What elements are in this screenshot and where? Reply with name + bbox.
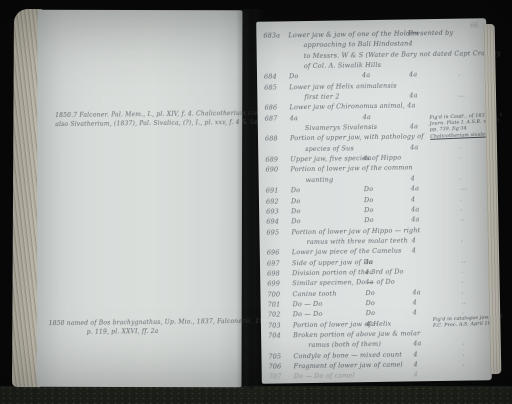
- entry-number: 687: [265, 113, 287, 124]
- entry-value-column: 4: [413, 359, 417, 369]
- left-page: 1850.7 Falconer. Pal. Mem., I., pl. XIV,…: [37, 10, 243, 388]
- entry-number: 695: [266, 227, 288, 238]
- entry-description: Canine tooth: [292, 288, 336, 299]
- entry-value-column: 4: [413, 308, 417, 318]
- entry-number: 696: [267, 248, 289, 259]
- entry-mid-column: 4a: [363, 153, 371, 163]
- entry-mid-column: Do: [366, 298, 376, 308]
- entry-value-column: 4a: [413, 339, 421, 349]
- entry-number: 699: [267, 279, 289, 290]
- entry-value-column: 4: [412, 235, 416, 245]
- entry-number: 691: [266, 186, 288, 197]
- entry-tick-column: .: [458, 69, 460, 79]
- ledger-row: 707 Do — Do of camel 4: [267, 369, 489, 383]
- entry-mid-column: Do: [364, 205, 374, 215]
- right-page: 66 683a Lower jaw & jaw of one of the Ho…: [256, 18, 492, 384]
- entry-description: Do: [291, 206, 301, 216]
- entry-number: 698: [267, 268, 289, 279]
- entry-tick-column: .: [461, 276, 463, 286]
- entry-tick-column: ..: [460, 214, 465, 224]
- entry-number: 685: [264, 82, 286, 93]
- entry-description: Do — Do of camel: [294, 371, 355, 382]
- entry-tick-column: .: [462, 348, 464, 358]
- entry-description: Do — Do: [293, 309, 323, 320]
- entry-number: 700: [267, 289, 289, 300]
- entry-value-column: 4: [411, 194, 415, 204]
- entry-mid-column: 4a: [365, 277, 373, 287]
- entry-value-column: 4a: [411, 214, 419, 224]
- entry-mid-column: Do: [364, 184, 374, 194]
- entry-number: 690: [265, 165, 287, 176]
- entry-tick-column: .: [459, 141, 461, 151]
- entry-tick-column: ..: [462, 297, 467, 307]
- entry-mid-column: Do: [366, 308, 376, 318]
- entry-value-column: 4: [412, 246, 416, 256]
- entry-number: 692: [266, 196, 288, 207]
- entry-tick-column: .: [462, 338, 464, 348]
- entry-value-column: 4: [411, 173, 415, 183]
- entry-number: 683a: [263, 30, 285, 41]
- entry-mid-column: 4a: [366, 319, 374, 329]
- entry-mid-column: 4a: [365, 257, 373, 267]
- entry-number: 704: [268, 330, 290, 341]
- entry-value-column: 4a: [410, 121, 418, 131]
- entry-description: Do — Do: [293, 299, 323, 310]
- entry-value-column: 4a: [409, 90, 417, 100]
- annotation-upper: 1850.7 Falconer. Pal. Mem., I., pl. XIV,…: [55, 109, 245, 129]
- entry-tick-column: ...: [460, 183, 467, 193]
- entry-value-column: 4a: [411, 204, 419, 214]
- entry-tick-column: .: [462, 359, 464, 369]
- entry-description: Do: [291, 196, 301, 206]
- entry-description: wanting: [306, 174, 334, 185]
- entry-description: Do: [291, 185, 301, 195]
- annotation-lower: 1850 named of Bos brachygnathus, Up. Mio…: [49, 317, 249, 337]
- entry-tick-column: ...: [458, 90, 465, 100]
- entry-value-column: 4: [413, 297, 417, 307]
- entry-value-column: 4a: [409, 70, 417, 80]
- entry-mid-column: Do: [364, 195, 374, 205]
- entry-tick-column: .: [461, 234, 463, 244]
- entry-number: 703: [268, 320, 290, 331]
- entry-tick-column: ..: [461, 255, 466, 265]
- entry-value-column: 4a: [411, 183, 419, 193]
- entry-value-column: 4: [408, 39, 412, 49]
- entry-tick-column: .: [461, 286, 463, 296]
- entry-number: 702: [268, 310, 290, 321]
- entry-number: 693: [266, 206, 288, 217]
- entry-tick-column: .: [460, 203, 462, 213]
- entry-tick-column: .: [460, 193, 462, 203]
- entry-number: 705: [268, 351, 290, 362]
- entry-number: 701: [268, 299, 290, 310]
- entry-description: 4a: [290, 113, 298, 123]
- register-book-photo: 1850.7 Falconer. Pal. Mem., I., pl. XIV,…: [0, 0, 512, 404]
- entry-number: 706: [269, 361, 291, 372]
- entry-value-column: 4a: [412, 287, 420, 297]
- margin-note-lower: Fig'd in catalogue jaw, Pl. 4F.C. Proc. …: [433, 315, 493, 330]
- entry-mid-column: 4a: [365, 267, 373, 277]
- entry-value-column: 4a: [410, 142, 418, 152]
- entry-tick-column: .: [460, 172, 462, 182]
- entry-value-column: Presented by: [408, 28, 453, 39]
- entry-number: 686: [264, 103, 286, 114]
- entry-mid-column: 4a: [362, 70, 370, 80]
- entry-value-column: 4: [414, 370, 418, 380]
- handwritten-line: p. 119, pl. XXVI, ff. 2a: [87, 326, 249, 337]
- entry-number: 684: [264, 72, 286, 83]
- entry-tick-column: .: [459, 152, 461, 162]
- entry-number: 688: [265, 134, 287, 145]
- entry-tick-column: .: [461, 266, 463, 276]
- handwritten-line: also Sivatherium, (1837), Pal. Sivalica,…: [55, 118, 245, 129]
- entry-number: 697: [267, 258, 289, 269]
- entry-mid-column: Do: [365, 288, 375, 298]
- margin-note-upper: Fig'd in Cautl., of 1837, pl. 4Journ. Pl…: [429, 113, 488, 140]
- entry-description: Do: [291, 216, 301, 226]
- entry-number: 707: [269, 372, 291, 383]
- entry-value-column: 4: [413, 349, 417, 359]
- entry-mid-column: 4a: [363, 112, 371, 122]
- entry-number: 689: [265, 154, 287, 165]
- entry-description: species of Sus: [305, 143, 354, 154]
- entry-mid-column: Do: [364, 215, 374, 225]
- entry-description: Do: [289, 72, 299, 82]
- entry-number: 694: [266, 217, 288, 228]
- entry-description: first tier 2: [304, 92, 339, 103]
